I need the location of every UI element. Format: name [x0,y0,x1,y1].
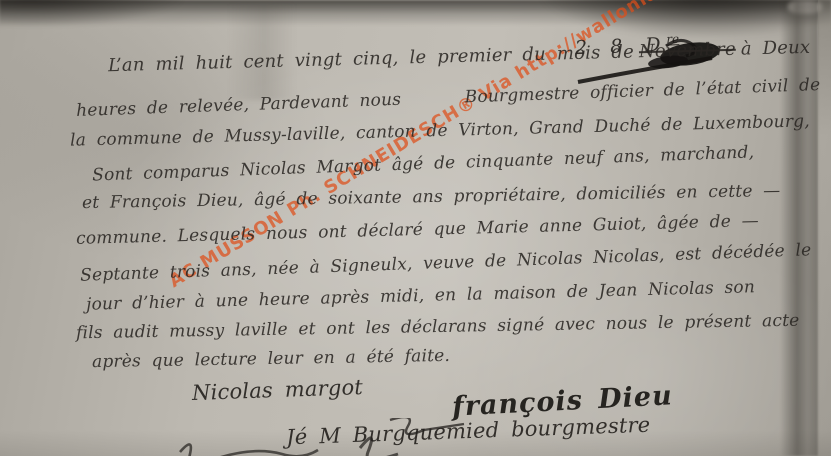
act-line-1-struck-word: Novembre [639,39,736,63]
act-line-1-post: à Deux [741,37,811,60]
document-photo: AC MUSSON Ph. SCHNEIDESCH® Via http://wa… [0,0,831,456]
act-line-4: Sont comparus Nicolas Margot âgé de cinq… [92,142,755,185]
cutoff-signature-strokes [60,418,620,456]
act-line-1-pre: L’an mil huit cent vingt cinq, le premie… [108,41,634,76]
top-left-dark-corner [0,0,182,26]
act-line-10: après que lecture leur en a été faite. [92,346,450,372]
act-line-6: commune. Lesquels nous ont déclaré que M… [76,211,759,249]
act-line-5: et François Dieu, âgé de soixante ans pr… [82,181,781,213]
page-right-edge [818,0,831,456]
signature-nicolas-margot: Nicolas margot [192,375,364,405]
act-line-9: fils audit mussy laville et ont les décl… [76,311,800,344]
page-right-shadow [780,0,818,456]
